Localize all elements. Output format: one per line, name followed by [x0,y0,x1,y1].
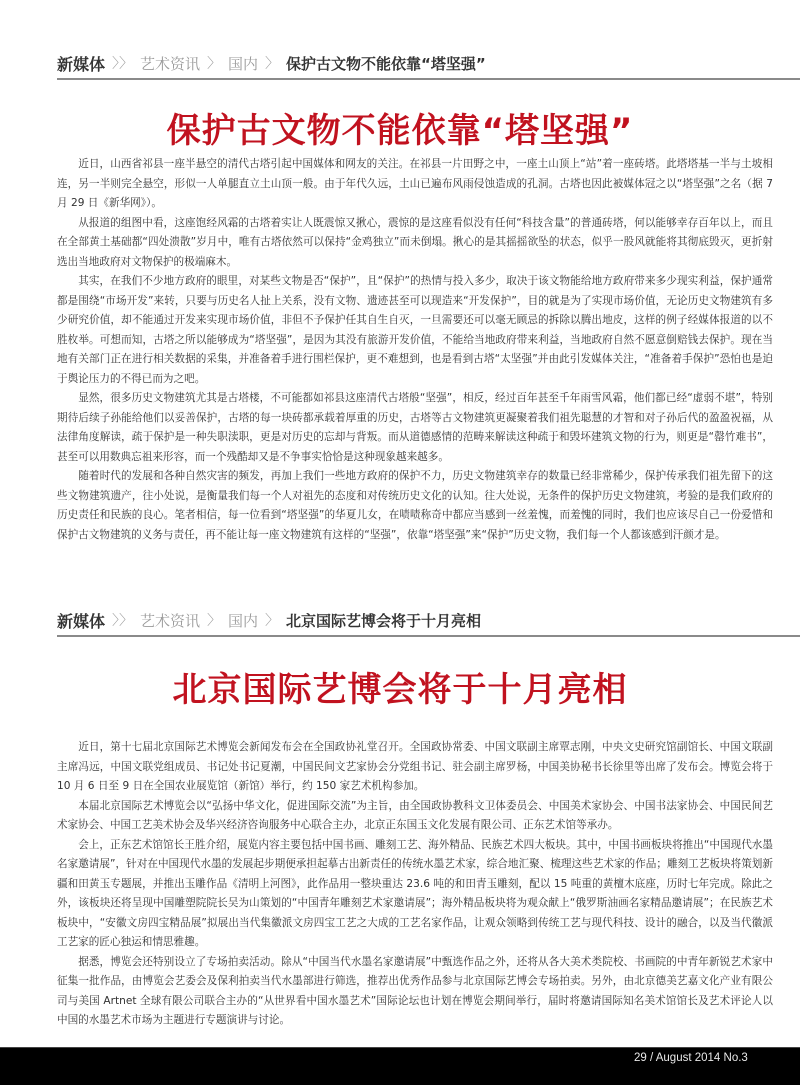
paragraph: 其实，在我们不少地方政府的眼里，对某些文物是否“保护”，且“保护”的热情与投入多… [57,272,773,389]
breadcrumb-root[interactable]: 新媒体 [57,609,105,632]
breadcrumb-separator-icon: 〉〉 [112,610,133,630]
article-body: 近日，山西省祁县一座半悬空的清代古塔引起中国媒体和网友的关注。在祁县一片田野之中… [57,155,773,545]
breadcrumb-section[interactable]: 艺术资讯 [140,610,200,631]
breadcrumb-separator-icon: 〉 [265,610,279,630]
breadcrumb-current: 北京国际艺博会将于十月亮相 [286,610,481,631]
breadcrumb-subsection[interactable]: 国内 [228,53,258,74]
paragraph: 随着时代的发展和各种自然灾害的频发，再加上我们一些地方政府的保护不力，历史文物建… [57,467,773,545]
breadcrumb-separator-icon: 〉 [207,610,221,630]
breadcrumb: 新媒体 〉〉 艺术资讯 〉 国内 〉 保护古文物不能依靠“塔坚强” [57,48,800,80]
paragraph: 近日，第十七届北京国际艺术博览会新闻发布会在全国政协礼堂召开。全国政协常委、中国… [57,738,773,797]
article-body: 近日，第十七届北京国际艺术博览会新闻发布会在全国政协礼堂召开。全国政协常委、中国… [57,738,773,1031]
breadcrumb-root[interactable]: 新媒体 [57,52,105,75]
paragraph: 据悉，博览会还特别设立了专场拍卖活动。除从“中国当代水墨名家邀请展”中甄选作品之… [57,953,773,1031]
paragraph: 从报道的组图中看，这座饱经风霜的古塔着实让人既震惊又揪心，震惊的是这座看似没有任… [57,214,773,273]
paragraph: 会上，正东艺术馆馆长王胜介绍，展览内容主要包括中国书画、雕刻工艺、海外精品、民族… [57,836,773,953]
breadcrumb-current: 保护古文物不能依靠“塔坚强” [286,53,486,74]
paragraph: 本届北京国际艺术博览会以“弘扬中华文化，促进国际交流”为主旨，由全国政协教科文卫… [57,797,773,836]
breadcrumb-separator-icon: 〉 [207,53,221,73]
breadcrumb-separator-icon: 〉 [265,53,279,73]
article-title: 北京国际艺博会将于十月亮相 [0,662,800,711]
breadcrumb-section[interactable]: 艺术资讯 [140,53,200,74]
breadcrumb-subsection[interactable]: 国内 [228,610,258,631]
breadcrumb: 新媒体 〉〉 艺术资讯 〉 国内 〉 北京国际艺博会将于十月亮相 [57,605,800,637]
page-number: 29 / August 2014 No.3 [634,1052,748,1064]
article-title: 保护古文物不能依靠“塔坚强” [0,103,800,152]
breadcrumb-separator-icon: 〉〉 [112,53,133,73]
paragraph: 显然，很多历史文物建筑尤其是古塔楼，不可能都如祁县这座清代古塔般“坚强”，相反，… [57,389,773,467]
paragraph: 近日，山西省祁县一座半悬空的清代古塔引起中国媒体和网友的关注。在祁县一片田野之中… [57,155,773,214]
page-footer: 29 / August 2014 No.3 [0,1047,800,1085]
